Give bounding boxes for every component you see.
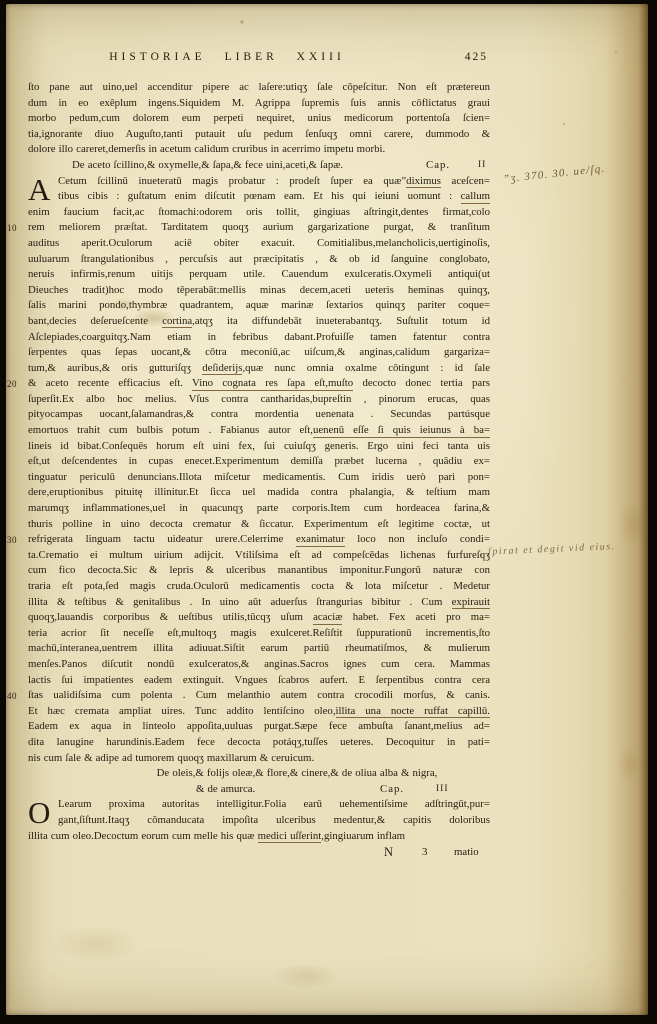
text-line: ſuperſit.Ex albo hoc melius. Vſus contra…	[28, 392, 490, 408]
text-line: tinguatur periculū denuncians.Illota miſ…	[28, 470, 490, 486]
ink-underline: illita una nocte ruffat capillū.	[336, 705, 490, 719]
text-line: eſt,ut deſcendentes in cupas enecet.Expe…	[28, 454, 490, 470]
text-line: Aſclepiades,coarguitqʒ.Nam etiam in febr…	[28, 330, 490, 346]
text-line: ſerpentes quas ſepas uocant,& cōtra meco…	[28, 345, 490, 361]
margin-line-number: 30	[7, 533, 25, 549]
text-line: teria acrior ſit neceſſe eſt,multoqʒ mag…	[28, 626, 490, 642]
text-line: Learum proxima autoritas intelligitur.Fo…	[28, 797, 490, 813]
intro-paragraph: ſto pane aut uino,uel accenditur pipere …	[28, 80, 490, 158]
text-line: nis cum ſale & adipe ad tumorem quoqʒ ma…	[28, 751, 490, 767]
handwritten-margin-note: , ſpirat et degit vid eius.	[480, 541, 616, 558]
text-line: Dieuches tradit)hoc modo tēperabāt:melli…	[28, 283, 490, 299]
text-line: ta.Crematio ei multum uirium adijcit. Vt…	[28, 548, 490, 564]
chapter3-cap-label: Cap.	[380, 782, 404, 798]
ink-underline: callum	[461, 190, 490, 204]
handwritten-margin-note: ”ʒ. 370. 30. ue/ſq.	[503, 163, 606, 186]
text-line: auditus aperit.Oculorum aciē obiter exac…	[28, 236, 490, 252]
chapter2-cap-number: II	[478, 158, 486, 174]
text-line: dita lanugine harundinis.Eadem fece deco…	[28, 735, 490, 751]
text-line: dum in eo exēplum ingens.Siquidem M. Agr…	[28, 96, 490, 112]
chapter3-drop-cap: O	[28, 797, 56, 828]
text-line: emortuos trahit cum bulbis potum . Fabia…	[28, 423, 490, 439]
chapter2-heading-text: De aceto ſcillino,& oxymelle,& ſapa,& fe…	[72, 158, 343, 174]
text-line: illita cum oleo.Decoctum eorum cum melle…	[28, 829, 490, 845]
text-line: dere,eruptionibus pituitę illinitur.Et ſ…	[28, 485, 490, 501]
chapter2-drop-cap: A	[28, 174, 56, 205]
signature-line: N 3 matio	[28, 845, 490, 861]
text-line: ſto pane aut uino,uel accenditur pipere …	[28, 80, 490, 96]
book-page: HISTORIAE LIBER XXIII 425 ſto pane aut u…	[6, 4, 648, 1015]
chapter3-heading-line2: & de amurca. Cap. III	[28, 782, 490, 798]
ink-underline: cortina	[162, 315, 192, 329]
chapter2-cap-label: Cap.	[426, 158, 450, 174]
text-line: bant,decies deſerueſcente cortina,atqʒ i…	[28, 314, 490, 330]
page-number: 425	[465, 50, 488, 66]
text-line: & aceto recente efficacius eſt. Vino cog…	[28, 376, 490, 392]
chapter3-cap-number: III	[436, 782, 449, 798]
signature-letter: N	[384, 845, 393, 861]
text-line: neruis infirmis,renum uitijs perquam uti…	[28, 267, 490, 283]
text-line: ſalis marini pondo,thymbræ quadrantem, a…	[28, 298, 490, 314]
text-block: HISTORIAE LIBER XXIII 425 ſto pane aut u…	[28, 50, 490, 861]
page-header: HISTORIAE LIBER XXIII 425	[28, 50, 490, 66]
margin-line-number: 10	[7, 221, 25, 237]
signature-number: 3	[422, 845, 427, 861]
text-line: morbo pedum,cum dolorem eum perpeti nequ…	[28, 111, 490, 127]
ink-underline: diximus	[406, 175, 441, 189]
text-line: ſtas ualidiſsima cum polenta . Cum melan…	[28, 688, 490, 704]
text-line: Et hæc cremata ampliat uires. Tunc addit…	[28, 704, 490, 720]
ink-underline: medici uſſerint	[258, 830, 322, 844]
running-header: HISTORIAE LIBER XXIII	[28, 50, 426, 66]
text-line: uuluarum ſtrangulationibus , percuſsis a…	[28, 252, 490, 268]
ink-underline: Vino cognata res ſapa eſt,muſto	[192, 377, 353, 391]
text-line: quoqʒ,lauandis corporibus & ueſtibus uti…	[28, 610, 490, 626]
margin-line-number: 20	[7, 377, 25, 393]
chapter2-paragraph: A Cetum ſcillinū inueteratū magis probat…	[28, 174, 490, 767]
text-line: lactis ſui impatientes eadem extinguit. …	[28, 673, 490, 689]
text-line: enim faucium facit,ac ſtomachi:odorem or…	[28, 205, 490, 221]
chapter3-heading-line1: De oleis,& folijs oleæ,& flore,& cinere,…	[28, 766, 490, 782]
ink-underline: expirauit	[452, 596, 490, 610]
text-line: dolore illo careret,demerſis in acetum c…	[28, 142, 490, 158]
text-line: tibus cibis : guſtatum enim diſcutit pœn…	[28, 189, 490, 205]
text-line: thuris polline in uino decocta crematur …	[28, 517, 490, 533]
chapter3-heading-text: & de amurca.	[196, 782, 255, 798]
chapter2-heading: De aceto ſcillino,& oxymelle,& ſapa,& fe…	[28, 158, 490, 174]
text-line: cum fico decocta.Sic & lepris & ulceribu…	[28, 563, 490, 579]
text-line: tum,& auribus,& oris gutturiſqʒ deſideri…	[28, 361, 490, 377]
text-line: traria eſt pota,ſed magis cruda.Oculorū …	[28, 579, 490, 595]
ink-underline: acaciæ	[313, 611, 342, 625]
text-line: refrigerata linguam tactu uideatur urere…	[28, 532, 490, 548]
text-line: menſes.Panos diſcutit nondū exulceratos,…	[28, 657, 490, 673]
text-line: tia,ignorante diuo Auguſto,tanti putauit…	[28, 127, 490, 143]
text-line: illita & teſtibus & genitalibus . In uin…	[28, 595, 490, 611]
text-line: Cetum ſcillinū inueteratū magis probatur…	[28, 174, 490, 190]
chapter3-paragraph: O Learum proxima autoritas intelligitur.…	[28, 797, 490, 844]
text-line: rem meliorem præſtat. Tarditatem quoqʒ a…	[28, 220, 490, 236]
text-line: Eadem ex aqua in linteolo appoſita,uulua…	[28, 719, 490, 735]
text-line: gant,ſiſtunt.Itaqʒ cōmanducata impoſita …	[28, 813, 490, 829]
ink-underline: deſiderijs	[202, 362, 242, 376]
margin-line-number: 40	[7, 689, 25, 705]
text-line: pityocampas uocant,ſalamandras,& contra …	[28, 407, 490, 423]
ink-underline: uenenū eſſe ſi quis ieiunus à ba=	[313, 424, 490, 438]
text-line: lineis id bibat.Conſequēs horum eſt uini…	[28, 439, 490, 455]
catchword: matio	[454, 845, 479, 861]
text-line: machū,interanea,uentrem illita adiuuat.S…	[28, 641, 490, 657]
ink-underline: exanimatur	[296, 533, 345, 547]
text-line: marumqʒ inflammationes,uel in quacunqʒ p…	[28, 501, 490, 517]
